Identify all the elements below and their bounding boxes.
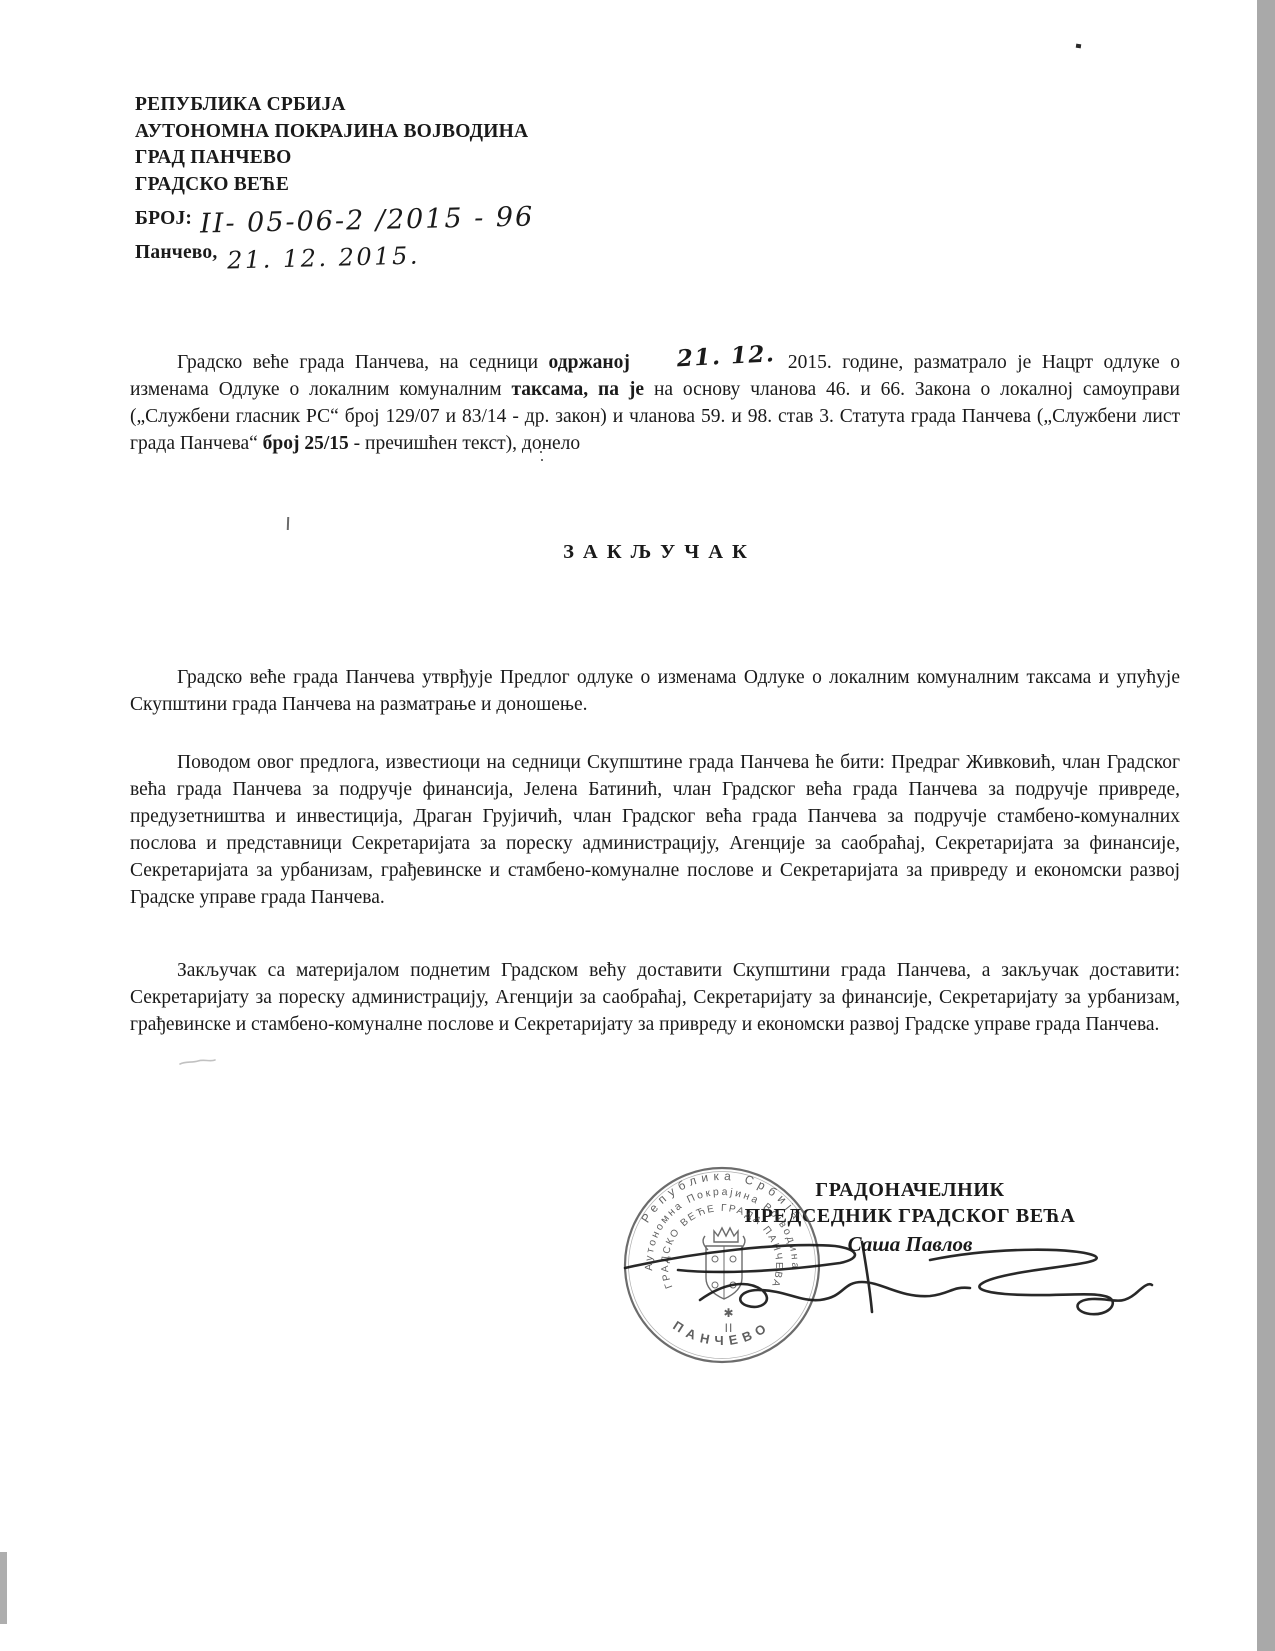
scan-edge-strip xyxy=(1257,0,1275,1651)
p1-text-dark: број 25/15 xyxy=(263,433,349,454)
letterhead-republic: РЕПУБЛИКА СРБИЈА xyxy=(135,92,534,119)
scan-tick-mark xyxy=(287,517,289,530)
paragraph-intro: Градско веће града Панчева, на седници о… xyxy=(130,347,1180,457)
scan-dot xyxy=(541,459,543,461)
signature-scribble xyxy=(600,1230,1160,1340)
place-label: Панчево, xyxy=(135,240,217,267)
p1-text-dark: таксама, па је xyxy=(511,379,644,400)
number-label: БРОЈ: xyxy=(135,206,192,233)
p1-text-dark: одржаној xyxy=(549,352,630,373)
paragraph-distribution: Закључак са материјалом поднетим Градско… xyxy=(130,957,1180,1038)
scan-edge-mark xyxy=(0,1552,7,1624)
p1-text: - пречишћен текст), донело xyxy=(349,433,580,454)
number-handwritten: II- 05-06-2 /2015 - 96 xyxy=(200,204,535,238)
p1-text: Градско веће града Панчева, на седници xyxy=(177,352,549,373)
letterhead: РЕПУБЛИКА СРБИЈА АУТОНОМНА ПОКРАЈИНА ВОЈ… xyxy=(135,92,534,266)
place-date-line: Панчево, 21. 12. 2015. xyxy=(135,232,534,266)
date-handwritten: 21. 12. 2015. xyxy=(227,243,420,272)
scan-speck xyxy=(1076,44,1082,49)
paragraph-rapporteurs: Поводом овог предлога, известиоци на сед… xyxy=(130,749,1180,911)
pencil-mark xyxy=(178,1056,218,1068)
letterhead-province: АУТОНОМНА ПОКРАЈИНА ВОЈВОДИНА xyxy=(135,119,534,146)
document-number-line: БРОЈ: II- 05-06-2 /2015 - 96 xyxy=(135,198,534,232)
session-date-handwritten: 21. 12. xyxy=(629,340,776,375)
paragraph-decision: Градско веће града Панчева утврђује Пред… xyxy=(130,664,1180,718)
document-page: { "page": { "paper_color": "#ffffff", "i… xyxy=(0,0,1275,1651)
letterhead-council: ГРАДСКО ВЕЋЕ xyxy=(135,172,534,199)
conclusion-heading: ЗАКЉУЧАК xyxy=(130,541,1180,564)
letterhead-city: ГРАД ПАНЧЕВО xyxy=(135,145,534,172)
